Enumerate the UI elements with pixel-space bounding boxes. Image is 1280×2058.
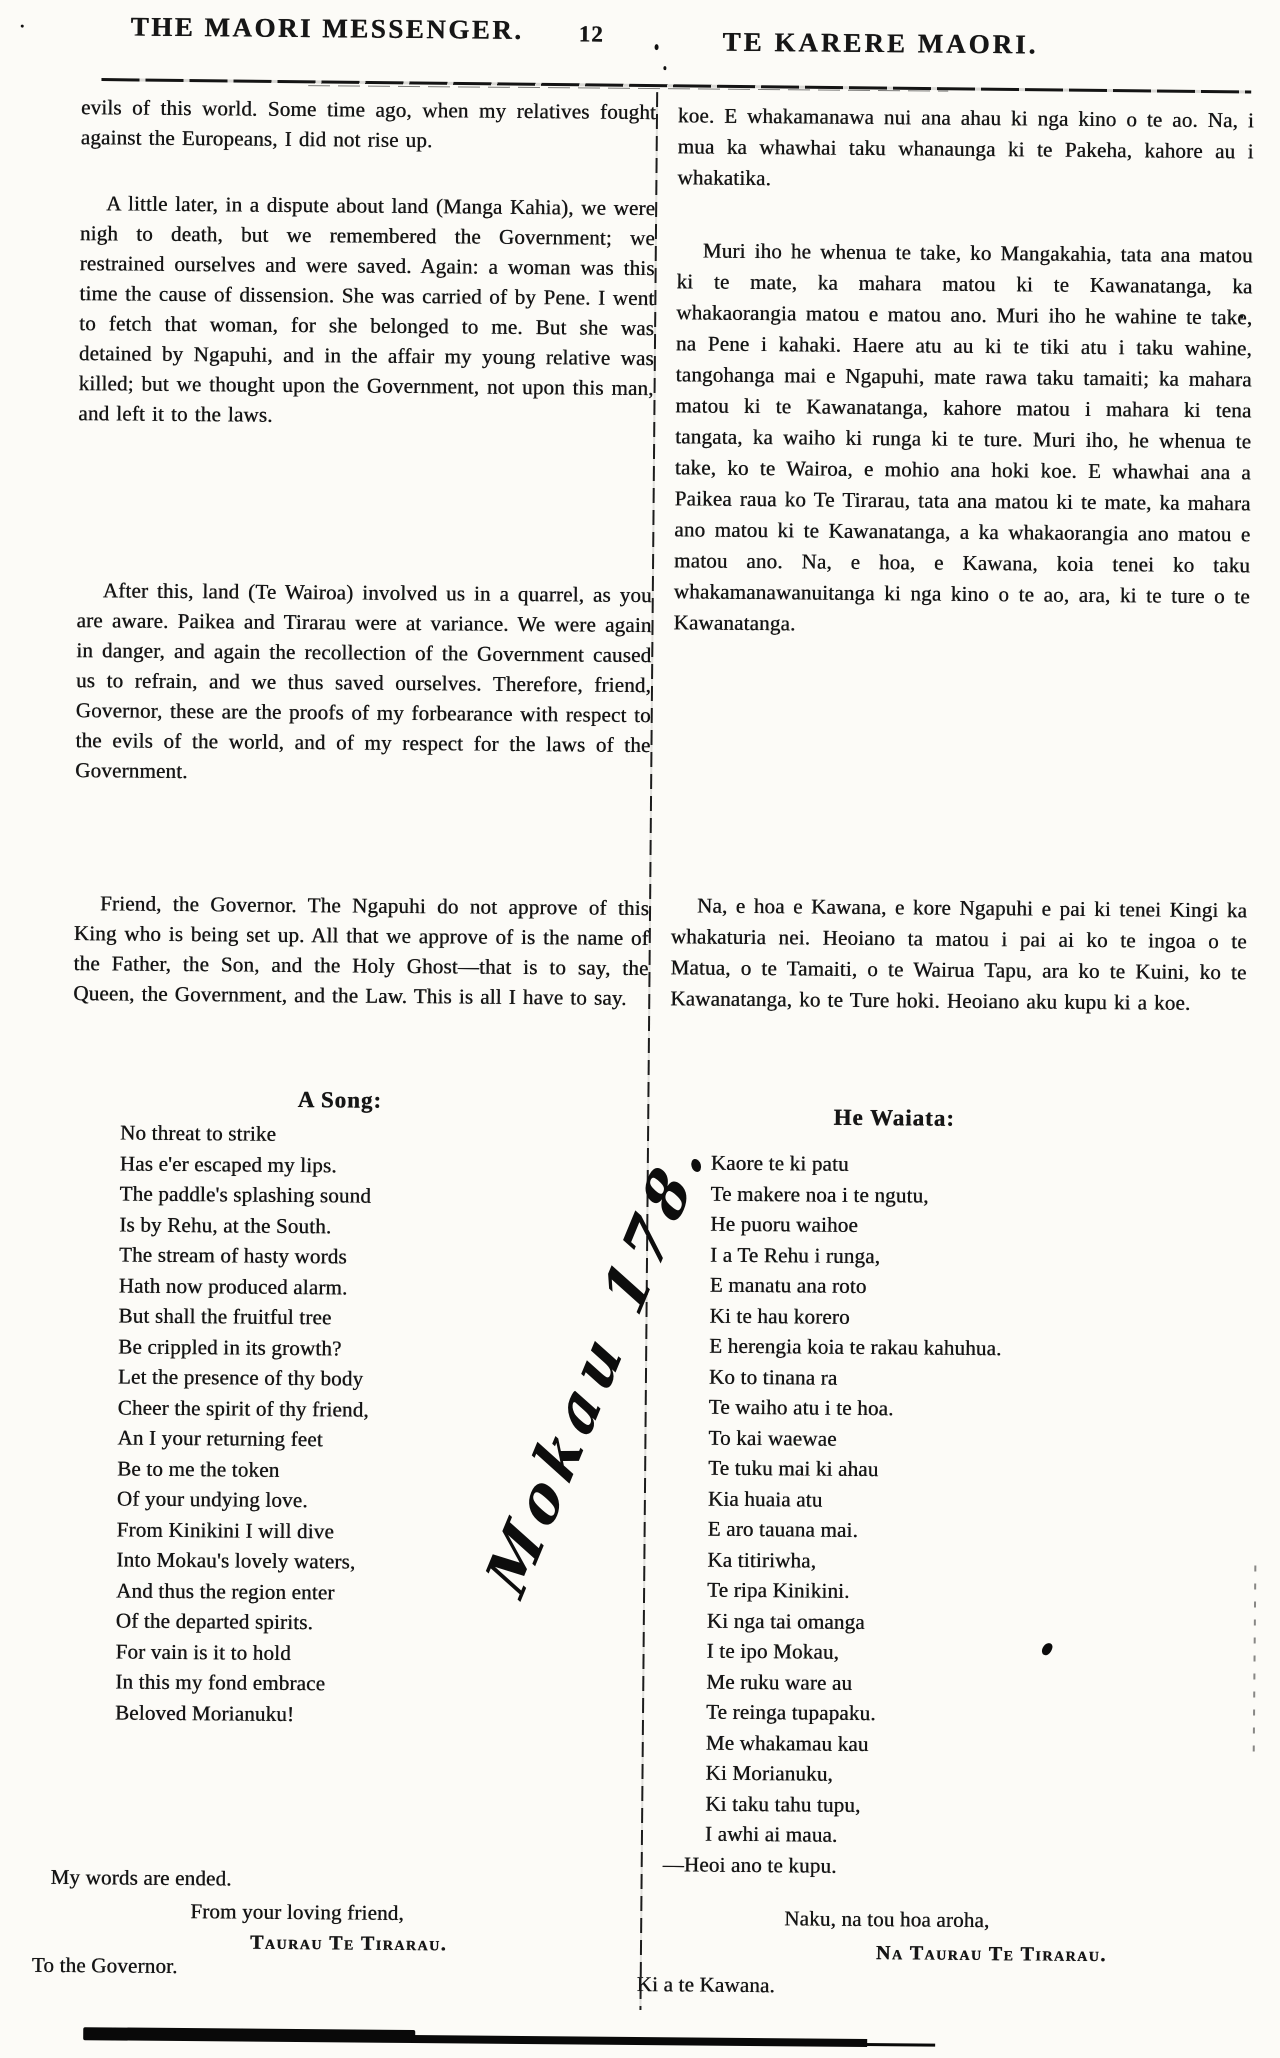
song-line: In this my fond embrace: [115, 1666, 690, 1702]
song-line: Of the departed spirits.: [116, 1605, 691, 1641]
waiata-line: I awhi ai maua.: [705, 1819, 1280, 1855]
ink-speck: [655, 44, 659, 50]
waiata-line: Ki te hau korero: [709, 1300, 1280, 1336]
song-line: Has e'er escaped my lips.: [120, 1148, 695, 1184]
ink-speck: [21, 25, 24, 28]
maori-closing-addressee: Ki a te Kawana.: [637, 1972, 775, 1998]
song-line: Be to me the token: [117, 1453, 692, 1489]
song-line: From Kinikini I will dive: [116, 1514, 691, 1550]
waiata-verse: Kaore te ki patu Te makere noa i te ngut…: [663, 1147, 1280, 1884]
closing-signature: Taurau Te Tirarau.: [250, 1932, 447, 1957]
closing-from-friend: From your loving friend,: [190, 1899, 404, 1926]
song-line: No threat to strike: [120, 1117, 695, 1153]
bottom-scan-bar: [863, 2043, 935, 2047]
song-heading: A Song:: [72, 1085, 647, 1116]
english-paragraph: evils of this world. Some time ago, when…: [81, 92, 657, 157]
waiata-line: He puoru waihoe: [710, 1209, 1280, 1245]
maori-paragraph: Na, e hoa e Kawana, e kore Ngapuhi e pai…: [670, 890, 1247, 1019]
closing-words-ended: My words are ended.: [50, 1865, 231, 1892]
waiata-line: Ki nga tai omanga: [707, 1605, 1280, 1641]
waiata-line: Te waiho atu i te hoa.: [709, 1392, 1280, 1428]
song-line: For vain is it to hold: [115, 1636, 690, 1672]
maori-column: koe. E whakamanawa nui ana ahau ki nga k…: [661, 0, 1255, 2058]
waiata-line: Me ruku ware au: [706, 1666, 1280, 1702]
waiata-line: Me whakamau kau: [706, 1727, 1280, 1763]
waiata-closing-line: —Heoi ano te kupu.: [663, 1849, 1280, 1885]
waiata-heading: He Waiata:: [669, 1103, 1245, 1134]
waiata-line: Ka titiriwha,: [707, 1544, 1280, 1580]
english-paragraph: After this, land (Te Wairoa) involved us…: [75, 575, 652, 790]
english-paragraph: A little later, in a dispute about land …: [78, 188, 655, 433]
waiata-line: Te makere noa i te ngutu,: [710, 1178, 1280, 1214]
waiata-line: Kaore te ki patu: [711, 1148, 1280, 1184]
waiata-line: E herengia koia te rakau kahuhua.: [709, 1331, 1280, 1367]
english-paragraph: Friend, the Governor. The Ngapuhi do not…: [73, 888, 649, 1013]
waiata-line: Ki taku tahu tupu,: [705, 1788, 1280, 1824]
waiata-line: Ko to tinana ra: [709, 1361, 1280, 1397]
waiata-line: Te ripa Kinikini.: [707, 1575, 1280, 1611]
waiata-line: Te reinga tupapaku.: [706, 1697, 1280, 1733]
song-line: Into Mokau's lovely waters,: [116, 1544, 691, 1580]
closing-addressee: To the Governor.: [32, 1953, 178, 1979]
waiata-line: Ki Morianuku,: [705, 1758, 1280, 1794]
maori-paragraph: koe. E whakamanawa nui ana ahau ki nga k…: [677, 100, 1254, 198]
scan-tilt-wrapper: THE MAORI MESSENGER. 12 TE KARERE MAORI.…: [0, 0, 1280, 2058]
waiata-line: I a Te Rehu i runga,: [710, 1239, 1280, 1275]
waiata-line: E aro tauana mai.: [708, 1514, 1280, 1550]
waiata-line: I te ipo Mokau,: [706, 1636, 1280, 1672]
newspaper-page-scan: THE MAORI MESSENGER. 12 TE KARERE MAORI.…: [0, 0, 1280, 2058]
maori-paragraph: Muri iho he whenua te take, ko Mangakahi…: [673, 235, 1252, 643]
song-line: And thus the region enter: [116, 1575, 691, 1611]
waiata-line: To kai waewae: [708, 1422, 1280, 1458]
waiata-line: Kia huaia atu: [708, 1483, 1280, 1519]
ink-speck: [663, 66, 666, 70]
song-line: Beloved Morianuku!: [115, 1697, 690, 1733]
waiata-line: Te tuku mai ki ahau: [708, 1453, 1280, 1489]
waiata-line: E manatu ana roto: [710, 1270, 1280, 1306]
song-line: Is by Rehu, at the South.: [119, 1209, 694, 1245]
maori-closing-from-friend: Naku, na tou hoa aroha,: [784, 1906, 989, 1933]
maori-closing-signature: Na Taurau Te Tirarau.: [876, 1942, 1107, 1967]
song-line: Of your undying love.: [117, 1483, 692, 1519]
english-column: evils of this world. Some time ago, when…: [64, 0, 657, 2058]
ink-speck: [1240, 315, 1243, 318]
song-line: The paddle's splashing sound: [119, 1178, 694, 1214]
